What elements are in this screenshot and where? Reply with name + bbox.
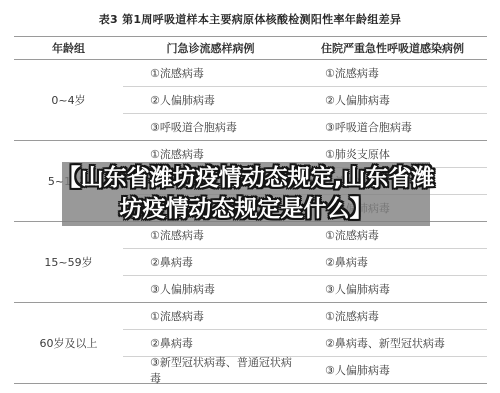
age-group-label: 60岁及以上: [14, 303, 123, 383]
outpatient-pathogen-3: ③新型冠状病毒、普通冠状病毒: [123, 354, 298, 386]
table-row: ①流感病毒 ①流感病毒: [123, 303, 487, 329]
inpatient-pathogen-3: ③人偏肺病毒: [298, 281, 487, 297]
report-table-figure: 表3 第1周呼吸道样本主要病原体核酸检测阳性率年龄组差异 年龄组 门急诊流感样病…: [0, 0, 500, 393]
outpatient-pathogen-3: ③呼吸道合胞病毒: [123, 119, 298, 135]
col-header-outpatient-ili: 门急诊流感样病例: [123, 40, 298, 56]
outpatient-pathogen-1: ①流感病毒: [123, 308, 298, 324]
table-row: ③新型冠状病毒、普通冠状病毒 ③人偏肺病毒: [123, 356, 487, 383]
inpatient-pathogen-2: ②鼻病毒、新型冠状病毒: [298, 335, 487, 351]
table-title: 表3 第1周呼吸道样本主要病原体核酸检测阳性率年龄组差异: [0, 0, 500, 27]
table-row-group-age-15-59: 15~59岁 ①流感病毒 ①流感病毒 ②鼻病毒 ②鼻病毒 ③人偏肺病毒 ③人偏肺…: [14, 222, 487, 303]
caption-overlay-line-1: 【山东省潍坊疫情动态规定,山东省潍: [58, 163, 435, 194]
inpatient-pathogen-3: ③呼吸道合胞病毒: [298, 119, 487, 135]
col-header-age-group: 年龄组: [14, 40, 123, 56]
table-row: ②人偏肺病毒 ②人偏肺病毒: [123, 86, 487, 113]
table-row: ①流感病毒 ①流感病毒: [123, 60, 487, 86]
outpatient-pathogen-3: ③人偏肺病毒: [123, 281, 298, 297]
outpatient-pathogen-2: ②鼻病毒: [123, 254, 298, 270]
col-header-hospitalized-sari: 住院严重急性呼吸道感染病例: [298, 40, 487, 56]
outpatient-pathogen-1: ①流感病毒: [123, 146, 298, 162]
inpatient-pathogen-1: ①肺炎支原体: [298, 146, 487, 162]
outpatient-pathogen-2: ②人偏肺病毒: [123, 92, 298, 108]
age-group-label: 15~59岁: [14, 222, 123, 302]
table-row: ②鼻病毒 ②鼻病毒: [123, 248, 487, 275]
outpatient-pathogen-1: ①流感病毒: [123, 227, 298, 243]
table-row-group-age-60-plus: 60岁及以上 ①流感病毒 ①流感病毒 ②鼻病毒 ②鼻病毒、新型冠状病毒 ③新型冠…: [14, 303, 487, 384]
table-row: ②鼻病毒 ②鼻病毒、新型冠状病毒: [123, 329, 487, 356]
outpatient-pathogen-2: ②鼻病毒: [123, 335, 298, 351]
inpatient-pathogen-1: ①流感病毒: [298, 65, 487, 81]
outpatient-pathogen-1: ①流感病毒: [123, 65, 298, 81]
table-row-group-age-0-4: 0~4岁 ①流感病毒 ①流感病毒 ②人偏肺病毒 ②人偏肺病毒 ③呼吸道合胞病毒 …: [14, 60, 487, 141]
table-row: ③人偏肺病毒 ③人偏肺病毒: [123, 275, 487, 302]
inpatient-pathogen-2: ②鼻病毒: [298, 254, 487, 270]
age-group-label: 0~4岁: [14, 60, 123, 140]
table-header-row: 年龄组 门急诊流感样病例 住院严重急性呼吸道感染病例: [14, 37, 487, 60]
inpatient-pathogen-3: ③人偏肺病毒: [298, 362, 487, 378]
inpatient-pathogen-1: ①流感病毒: [298, 227, 487, 243]
inpatient-pathogen-2: ②人偏肺病毒: [298, 92, 487, 108]
caption-overlay: 【山东省潍坊疫情动态规定,山东省潍 坊疫情动态规定是什么】: [62, 162, 430, 226]
caption-overlay-line-2: 坊疫情动态规定是什么】: [120, 194, 373, 225]
table-row: ③呼吸道合胞病毒 ③呼吸道合胞病毒: [123, 113, 487, 140]
inpatient-pathogen-1: ①流感病毒: [298, 308, 487, 324]
